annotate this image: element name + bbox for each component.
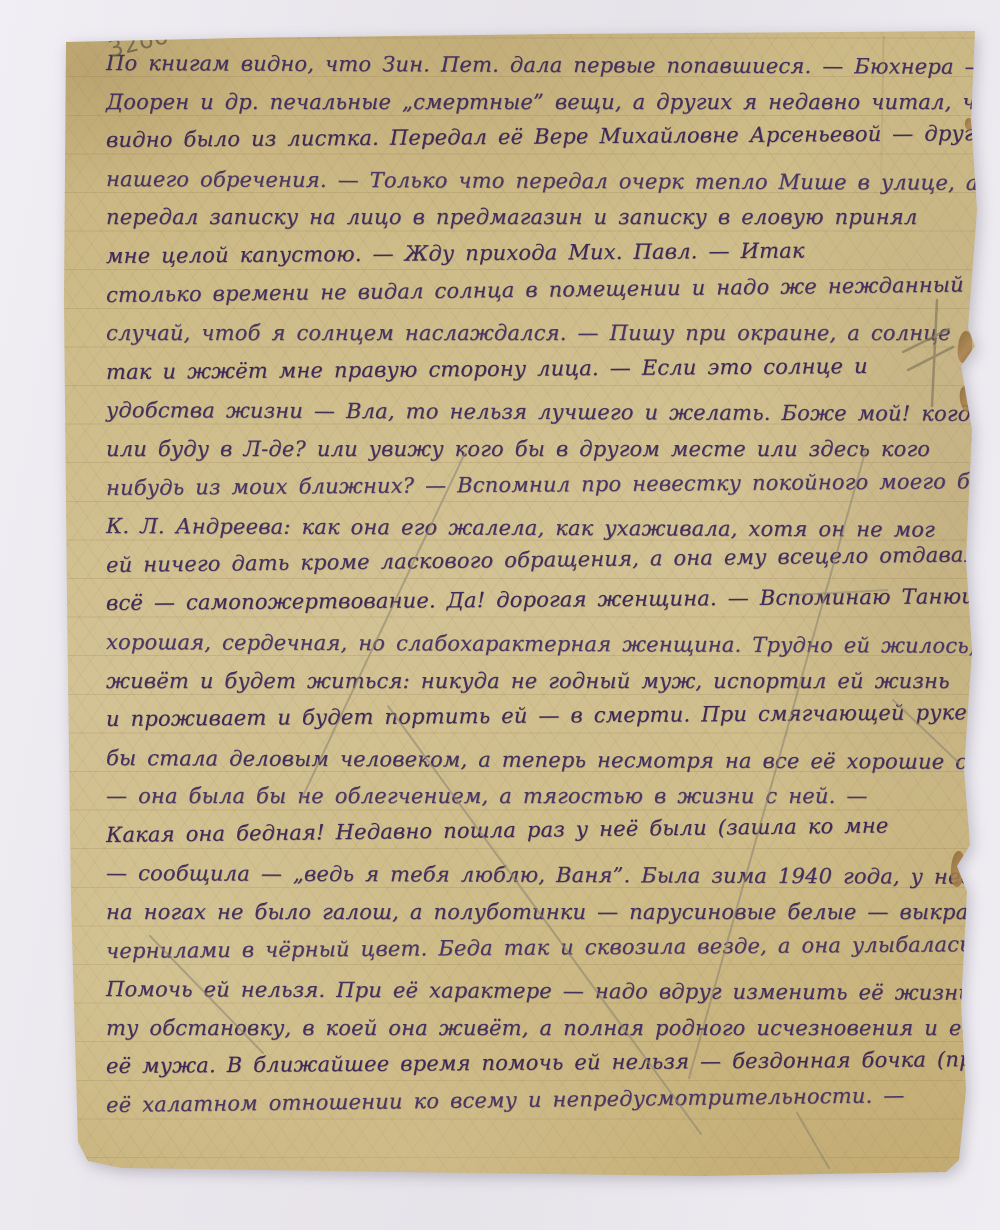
handwritten-line: — сообщила — „ведь я тебя люблю, Ваня”. … [106, 854, 966, 896]
handwritten-line: видно было из листка. Передал её Вере Ми… [106, 114, 966, 159]
graph-paper-sheet: По книгам видно, что Зин. Пет. дала перв… [0, 0, 1000, 1230]
paper-tear [965, 118, 973, 130]
handwritten-line: Помочь ей нельзя. При её характере — над… [106, 970, 966, 1012]
manuscript-page: По книгам видно, что Зин. Пет. дала перв… [0, 0, 1000, 1230]
handwritten-line: чернилами в чёрный цвет. Беда так и скво… [106, 925, 966, 970]
handwritten-line: и проживает и будет портить ей — в смерт… [106, 693, 966, 738]
handwritten-line: удобства жизни — Вла, то нельзя лучшего … [106, 391, 966, 433]
handwritten-line: нибудь из моих ближних? — Вспомнил про н… [106, 462, 966, 507]
handwritten-line: По книгам видно, что Зин. Пет. дала перв… [106, 44, 966, 86]
handwritten-line: хорошая, сердечная, но слабохарактерная … [106, 623, 966, 665]
handwritten-line: так и жжёт мне правую сторону лица. — Ес… [106, 346, 966, 391]
handwritten-line: всё — самопожертвование. Да! дорогая жен… [106, 578, 966, 623]
photo-background: По книгам видно, что Зин. Пет. дала перв… [0, 0, 1000, 1230]
handwritten-text-block: По книгам видно, что Зин. Пет. дала перв… [106, 44, 966, 1125]
handwritten-line: нашего обречения. — Только что передал о… [106, 160, 966, 202]
handwritten-line: бы стала деловым человеком, а теперь нес… [106, 739, 966, 781]
